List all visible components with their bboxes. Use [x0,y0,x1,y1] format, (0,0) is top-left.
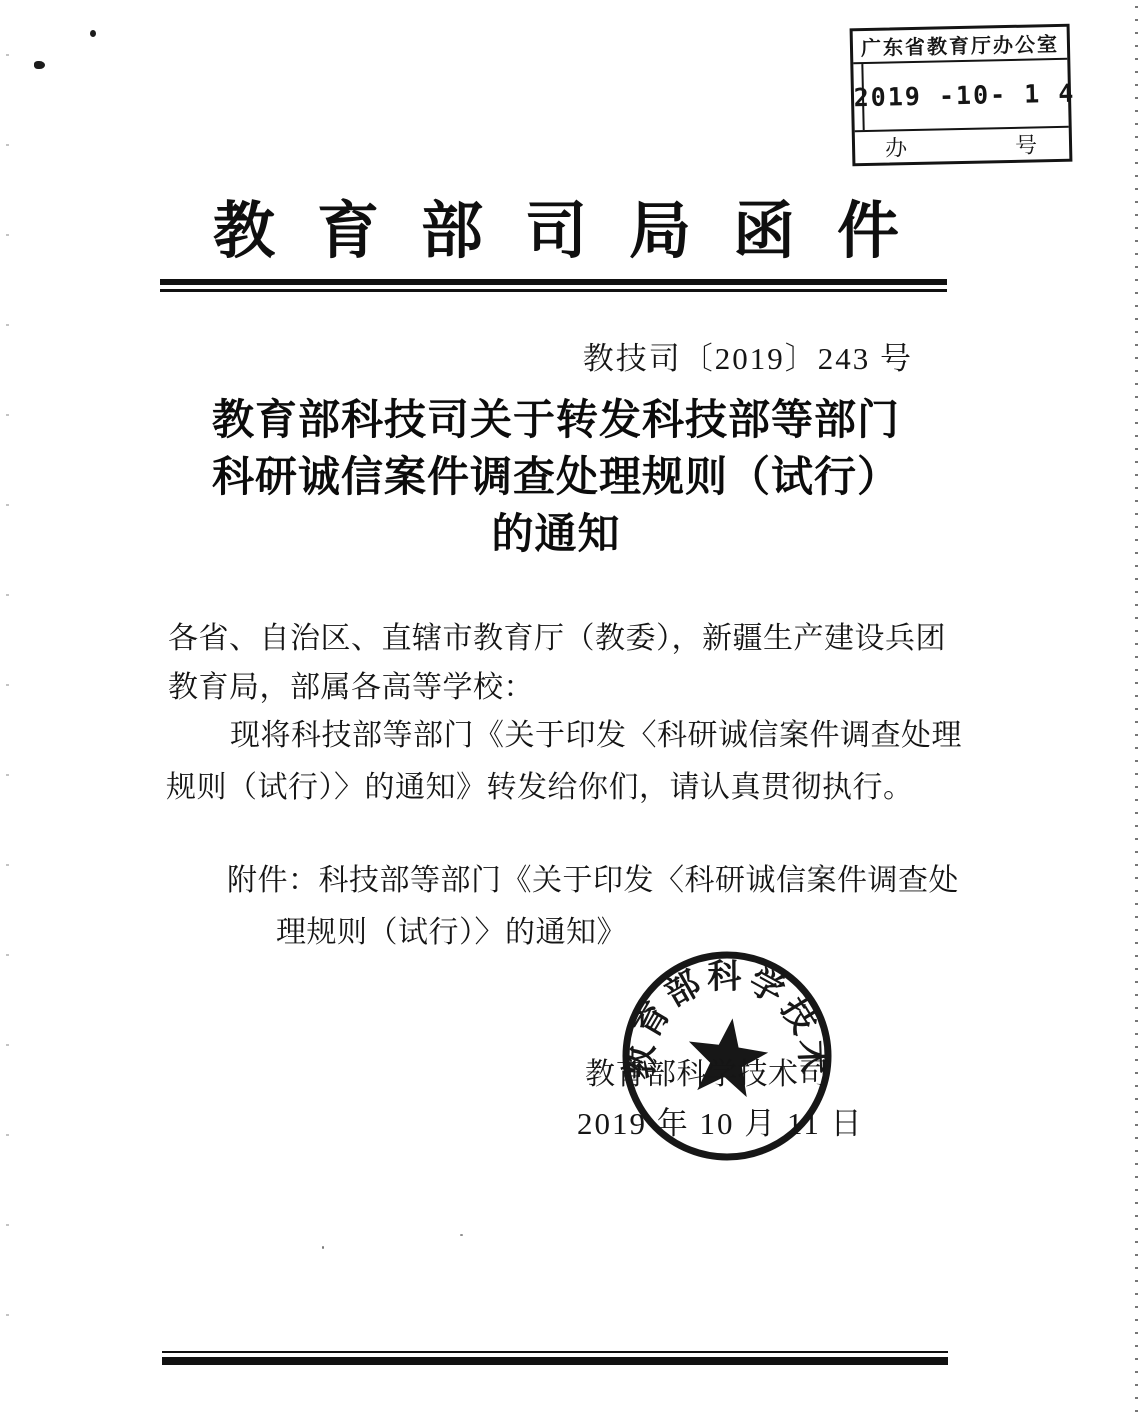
scan-noise-left-edge [6,20,9,1320]
ink-speck [322,1246,324,1249]
footer-rule-thick [162,1357,948,1365]
stamp-fields-row: 办 号 [855,126,1070,163]
signature-date: 2019 年 10 月 11 日 [577,1098,864,1143]
ink-speck [90,30,96,37]
subject-title: 教育部科技司关于转发科技部等部门 科研诚信案件调查处理规则（试行） 的通知 [0,391,1112,562]
subject-line-2: 科研诚信案件调查处理规则（试行） [0,448,1112,505]
signature-department: 教育部科学技术司 [585,1049,829,1093]
document-number: 教技司〔2019〕243 号 [480,333,913,378]
paragraph-line-1: 现将科技部等部门《关于印发〈科研诚信案件调查处理 [230,710,962,754]
scanned-document-page: 广东省教育厅办公室 2019 -10- 1 4 办 号 教育部司局函件 教技司〔… [0,0,1138,1419]
attachment-line-1: 附件：科技部等部门《关于印发〈科研诚信案件调查处 [227,855,959,899]
stamp-field-hao: 号 [1015,128,1038,159]
stamp-office-name: 广东省教育厅办公室 [853,27,1068,64]
ink-speck [460,1234,463,1236]
subject-line-1: 教育部科技司关于转发科技部等部门 [0,391,1112,448]
letterhead-title: 教育部司局函件 [0,181,1112,270]
stamp-date-area: 2019 -10- 1 4 [861,60,1065,130]
stamp-received-date: 2019 -10- 1 4 [853,78,1075,112]
letterhead-rule-thin [160,289,947,292]
footer-rule-thin [162,1351,948,1353]
registration-stamp-box: 广东省教育厅办公室 2019 -10- 1 4 办 号 [850,24,1073,167]
paragraph-line-2: 规则（试行）〉的通知》转发给你们，请认真贯彻执行。 [166,762,914,806]
scan-noise-right-edge [1132,0,1138,1419]
letterhead-rule-thick [160,279,947,285]
stamp-field-ban: 办 [885,131,908,162]
attachment-line-2: 理规则（试行）〉的通知》 [276,907,627,951]
recipients-line-1: 各省、自治区、直辖市教育厅（教委），新疆生产建设兵团 [168,613,946,657]
ink-speck [34,61,45,69]
subject-line-3: 的通知 [0,505,1112,562]
recipients-line-2: 教育局，部属各高等学校： [168,662,534,706]
